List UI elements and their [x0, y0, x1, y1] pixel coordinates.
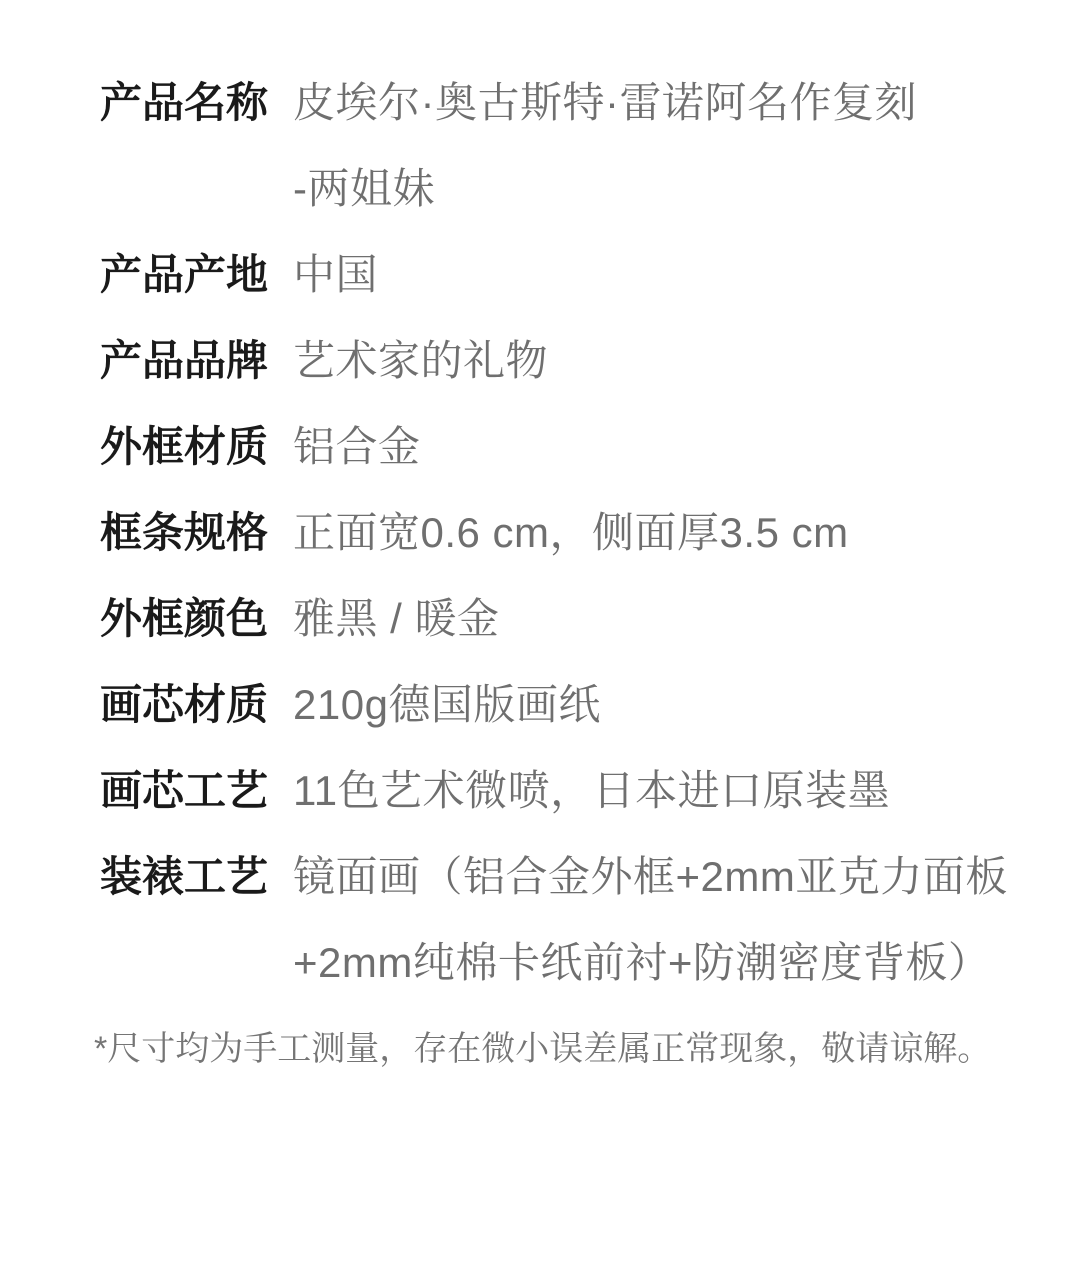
measurement-disclaimer: *尺寸均为手工测量，存在微小误差属正常现象，敬请谅解。: [94, 1006, 1020, 1092]
spec-row-print-craft: 画芯工艺 11色艺术微喷，日本进口原装墨: [100, 748, 1020, 834]
spec-value: 中国: [293, 232, 1020, 318]
spec-label: 画芯工艺: [100, 748, 293, 834]
spec-value: 铝合金: [293, 404, 1020, 490]
spec-label: 外框颜色: [100, 576, 293, 662]
spec-label: 外框材质: [100, 404, 293, 490]
spec-row-brand: 产品品牌 艺术家的礼物: [100, 318, 1020, 404]
spec-label: 产品名称: [100, 60, 293, 146]
spec-value: 皮埃尔·奥古斯特·雷诺阿名作复刻 -两姐妹: [293, 60, 1020, 232]
spec-row-mounting-craft: 装裱工艺 镜面画（铝合金外框+2mm亚克力面板 +2mm纯棉卡纸前衬+防潮密度背…: [100, 834, 1020, 1006]
spec-row-origin: 产品产地 中国: [100, 232, 1020, 318]
product-spec-sheet: 产品名称 皮埃尔·奥古斯特·雷诺阿名作复刻 -两姐妹 产品产地 中国 产品品牌 …: [0, 0, 1080, 1092]
spec-label: 产品品牌: [100, 318, 293, 404]
spec-value: 镜面画（铝合金外框+2mm亚克力面板 +2mm纯棉卡纸前衬+防潮密度背板）: [293, 834, 1020, 1006]
spec-row-frame-color: 外框颜色 雅黑 / 暖金: [100, 576, 1020, 662]
spec-value: 11色艺术微喷，日本进口原装墨: [293, 748, 1020, 834]
spec-row-frame-size: 框条规格 正面宽0.6 cm，侧面厚3.5 cm: [100, 490, 1020, 576]
spec-label: 框条规格: [100, 490, 293, 576]
spec-row-print-material: 画芯材质 210g德国版画纸: [100, 662, 1020, 748]
spec-value: 艺术家的礼物: [293, 318, 1020, 404]
spec-value: 雅黑 / 暖金: [293, 576, 1020, 662]
spec-value: 正面宽0.6 cm，侧面厚3.5 cm: [293, 490, 1020, 576]
product-detail-image: 产品名称 皮埃尔·奥古斯特·雷诺阿名作复刻 -两姐妹 产品产地 中国 产品品牌 …: [0, 0, 1080, 1263]
spec-row-frame-material: 外框材质 铝合金: [100, 404, 1020, 490]
spec-value: 210g德国版画纸: [293, 662, 1020, 748]
spec-label: 装裱工艺: [100, 834, 293, 920]
spec-row-product-name: 产品名称 皮埃尔·奥古斯特·雷诺阿名作复刻 -两姐妹: [100, 60, 1020, 232]
spec-label: 画芯材质: [100, 662, 293, 748]
spec-label: 产品产地: [100, 232, 293, 318]
